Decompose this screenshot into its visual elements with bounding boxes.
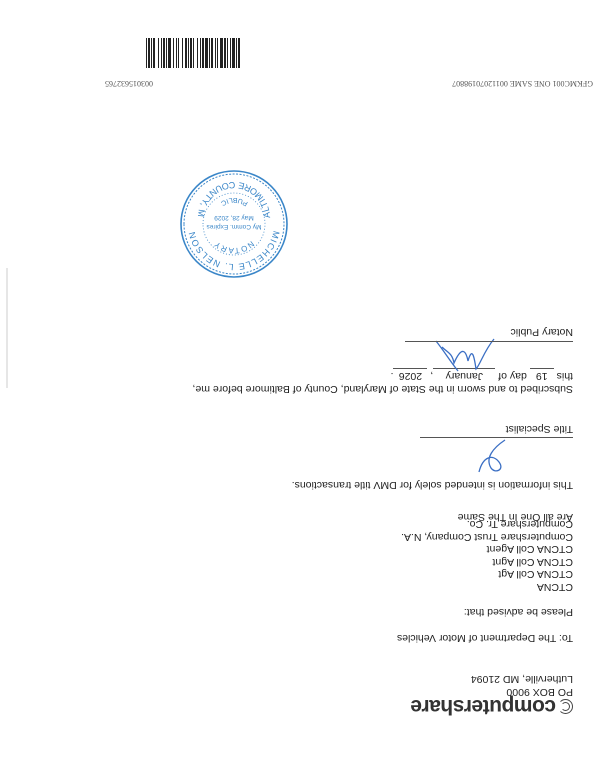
day-of-label: day of xyxy=(498,370,527,382)
same-entity-statement: Are all One In The Same xyxy=(458,511,573,524)
entity-list: CTCNA CTCNA Coll Agt CTCNA Coll Agnt CTC… xyxy=(401,518,573,593)
document-barcode-number: 003015632765 xyxy=(105,79,153,88)
notary-seal: MICHELLE L. NELSON BALTIMORE COUNTY, MD … xyxy=(178,168,290,280)
seal-title: NOTARY xyxy=(212,239,256,255)
advised-line: Please be advised that: xyxy=(464,606,573,619)
entity-item: CTCNA Coll Agent xyxy=(401,543,573,556)
jurat-statement: Subscribed to and sworn in the State of … xyxy=(192,383,573,396)
signer-title: Title Specialist xyxy=(506,423,573,436)
barcode xyxy=(57,38,240,68)
address-line-2: Lutherville, MD 21094 xyxy=(471,673,573,686)
entity-item: CTCNA xyxy=(401,581,573,594)
entity-item: CTCNA Coll Agt xyxy=(401,568,573,581)
notary-signature-line xyxy=(405,341,573,342)
purpose-statement: This information is intended solely for … xyxy=(292,479,573,492)
recipient-line: To: The Department of Motor Vehicles xyxy=(397,632,573,645)
scanned-document-page: computershare PO BOX 9000 Lutherville, M… xyxy=(0,0,593,768)
jurat-year: 2026 xyxy=(393,369,427,383)
document-reference-code: GFKMC001 ONE SAME 00112070198807 xyxy=(452,79,593,88)
scan-edge-mark xyxy=(6,268,8,388)
return-address: PO BOX 9000 Lutherville, MD 21094 xyxy=(471,673,573,698)
seal-public: PUBLIC xyxy=(219,196,249,207)
signature-line xyxy=(420,437,573,438)
title-specialist-signature xyxy=(473,436,513,478)
computershare-logo-icon xyxy=(559,698,573,714)
address-line-1: PO BOX 9000 xyxy=(471,686,573,699)
jurat-day: 19 xyxy=(530,369,554,383)
this-label: this xyxy=(557,370,573,382)
seal-expires-label: My Comm. Expires xyxy=(206,223,262,230)
entity-item: Computershare Trust Company, N.A. xyxy=(401,531,573,544)
notary-label: Notary Public xyxy=(511,326,573,339)
svg-text:NOTARY: NOTARY xyxy=(212,239,256,255)
entity-item: CTCNA Coll Agnt xyxy=(401,556,573,569)
seal-expires-date: May 28, 2029 xyxy=(214,214,254,221)
svg-text:PUBLIC: PUBLIC xyxy=(219,196,249,207)
